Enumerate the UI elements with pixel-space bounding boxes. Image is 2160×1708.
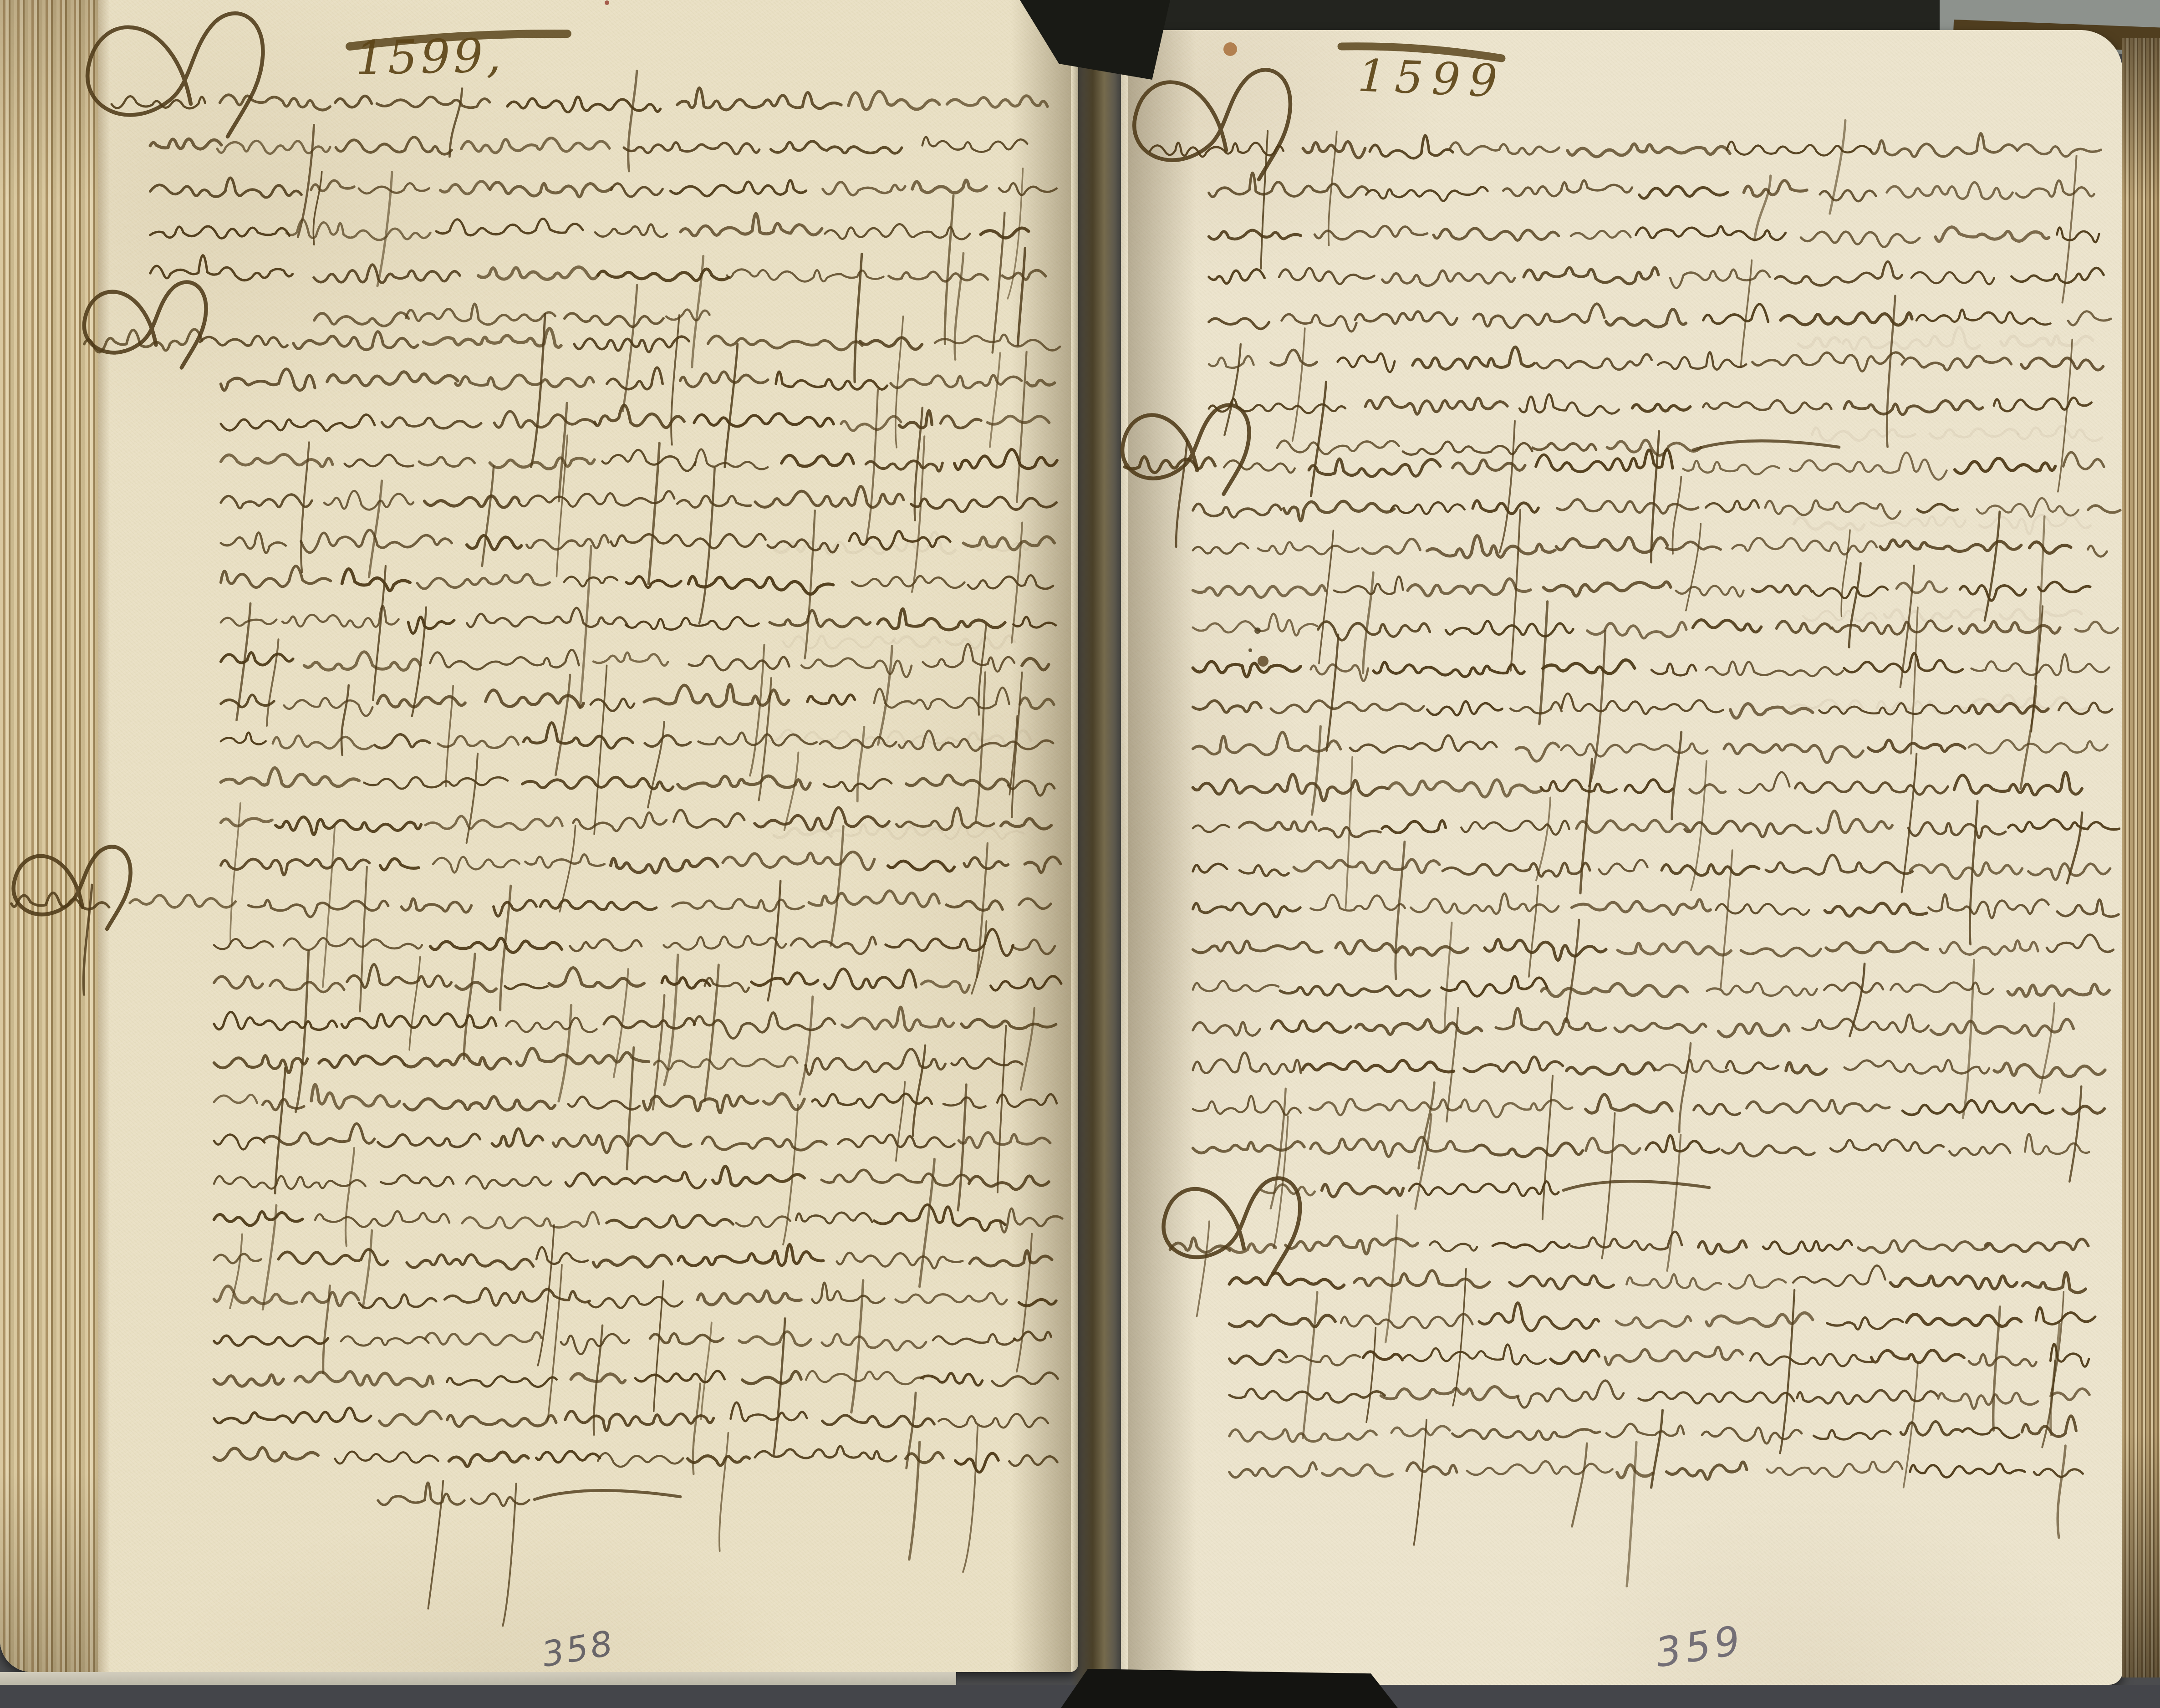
manuscript-photo: 1599, 1599 358 359 <box>0 0 2160 1708</box>
year-heading-left: 1599, <box>355 29 504 86</box>
year-heading-right: 1599 <box>1357 50 1507 108</box>
handwriting-layer <box>0 0 2160 1708</box>
